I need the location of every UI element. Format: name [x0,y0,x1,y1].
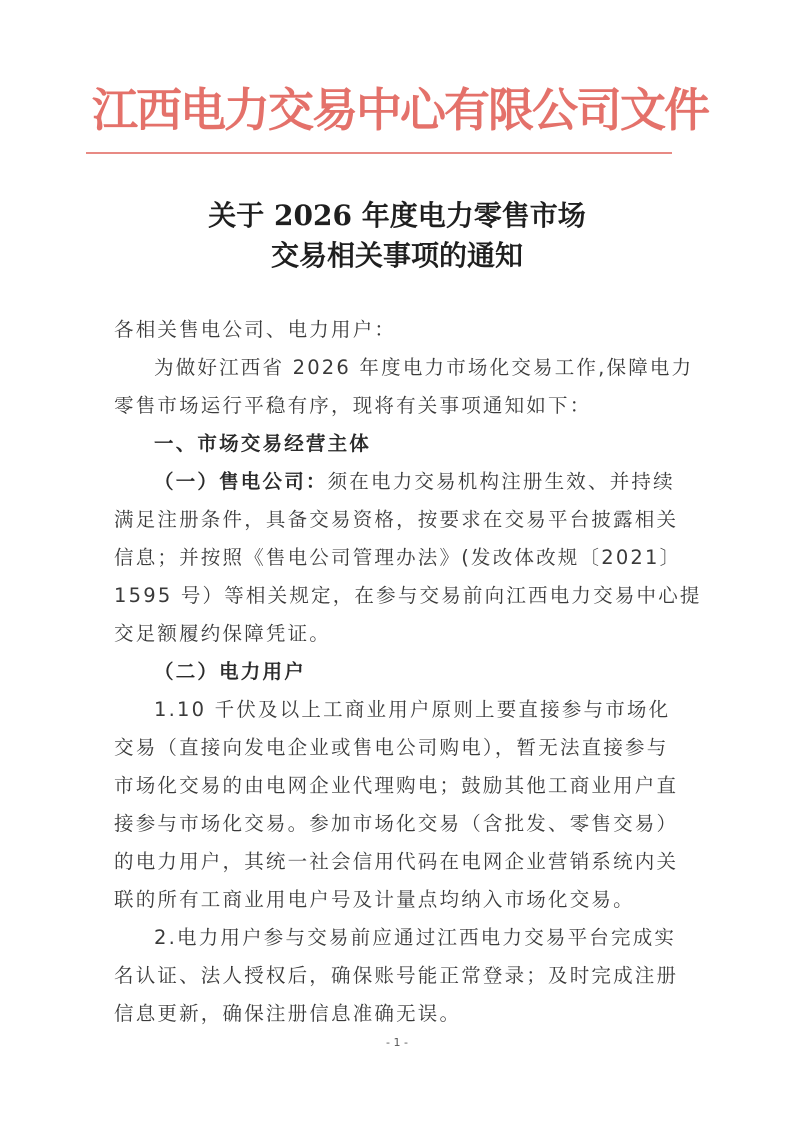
subsection-label: （一）售电公司： [154,470,328,493]
document-title-line-1: 关于 2026 年度电力零售市场 [0,196,794,236]
letterhead-divider [86,152,672,154]
paragraph-line: 联的所有工商业用电户号及计量点均纳入市场化交易。 [114,886,674,914]
paragraph-line: 接参与市场化交易。参加市场化交易（含批发、零售交易） [114,810,674,838]
paragraph-line: 交足额履约保障凭证。 [114,620,674,648]
salutation: 各相关售电公司、电力用户： [114,316,674,344]
paragraph-line: 交易（直接向发电企业或售电公司购电），暂无法直接参与 [114,734,674,762]
page-number: - 1 - [0,1036,794,1049]
paragraph-line: 信息；并按照《售电公司管理办法》(发改体改规〔2021〕 [114,544,674,572]
paragraph-line: 的电力用户，其统一社会信用代码在电网企业营销系统内关 [114,848,674,876]
paragraph-line: 2.电力用户参与交易前应通过江西电力交易平台完成实 [154,924,714,952]
section-heading: 一、市场交易经营主体 [154,430,714,458]
org-letterhead-title: 江西电力交易中心有限公司文件 [92,78,692,142]
intro-line: 为做好江西省 2026 年度电力市场化交易工作,保障电力 [154,354,714,382]
paragraph-line: 名认证、法人授权后，确保账号能正常登录；及时完成注册 [114,962,674,990]
paragraph-line: （一）售电公司：须在电力交易机构注册生效、并持续 [154,468,714,496]
subsection-label: （二）电力用户 [154,658,714,686]
paragraph-line: 1595 号）等相关规定，在参与交易前向江西电力交易中心提 [114,582,674,610]
paragraph-line: 1.10 千伏及以上工商业用户原则上要直接参与市场化 [154,696,714,724]
paragraph-text: 须在电力交易机构注册生效、并持续 [328,470,675,493]
paragraph-line: 信息更新，确保注册信息准确无误。 [114,1000,674,1028]
paragraph-line: 市场化交易的由电网企业代理购电；鼓励其他工商业用户直 [114,772,674,800]
intro-line: 零售市场运行平稳有序，现将有关事项通知如下： [114,392,674,420]
document-title-line-2: 交易相关事项的通知 [0,236,794,276]
paragraph-line: 满足注册条件，具备交易资格，按要求在交易平台披露相关 [114,506,674,534]
